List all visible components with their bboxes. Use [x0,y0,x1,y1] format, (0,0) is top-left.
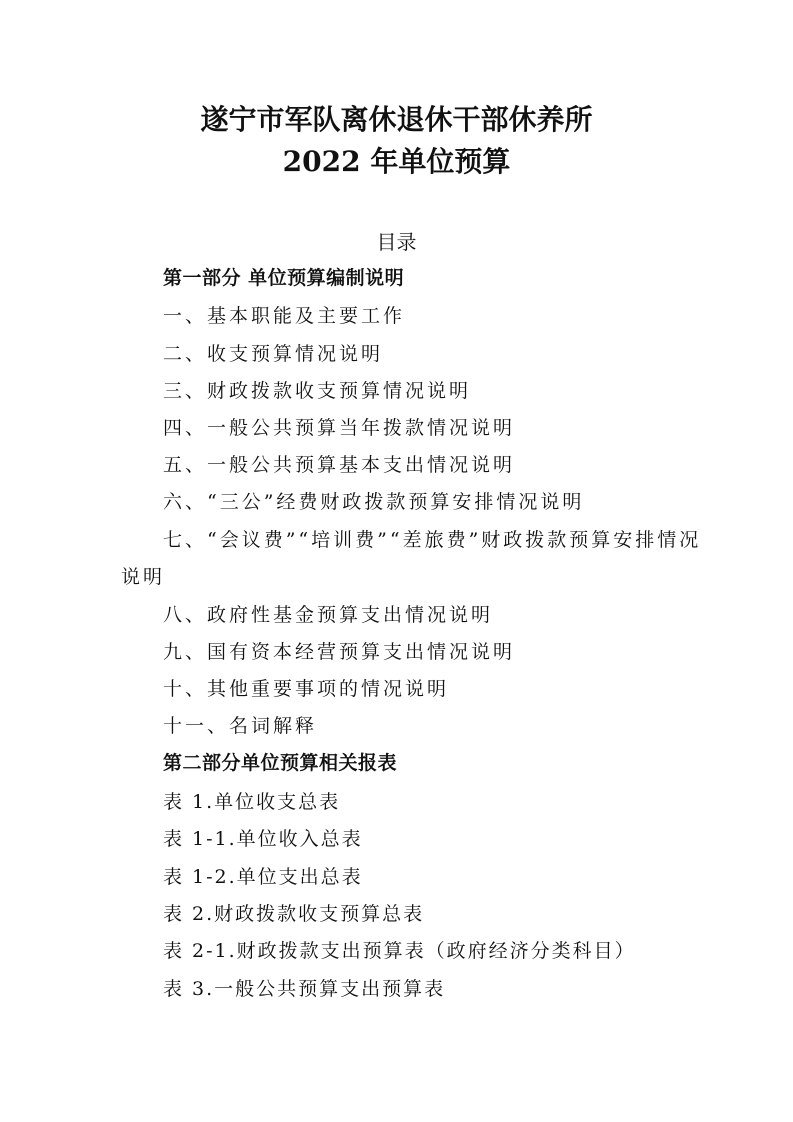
toc-item-7-continued[interactable]: 说明 [121,564,165,590]
toc-item-1[interactable]: 一、基本职能及主要工作 [163,303,405,329]
toc-table-1[interactable]: 表 1.单位收支总表 [163,789,340,815]
toc-table-2[interactable]: 表 2.财政拨款收支预算总表 [163,901,424,927]
document-title: 遂宁市军队离休退休干部休养所 [0,100,793,140]
toc-part1-heading[interactable]: 第一部分 单位预算编制说明 [163,265,404,291]
toc-heading: 目录 [0,228,793,256]
document-page: 遂宁市军队离休退休干部休养所 2022 年单位预算 目录 第一部分 单位预算编制… [0,0,793,1122]
toc-item-6[interactable]: 六、“三公”经费财政拨款预算安排情况说明 [163,489,584,515]
document-subtitle: 2022 年单位预算 [0,142,793,182]
toc-item-8[interactable]: 八、政府性基金预算支出情况说明 [163,602,493,628]
toc-item-9[interactable]: 九、国有资本经营预算支出情况说明 [163,639,515,665]
toc-table-1-2[interactable]: 表 1-2.单位支出总表 [163,864,363,890]
toc-item-11[interactable]: 十一、名词解释 [163,713,317,739]
toc-table-3[interactable]: 表 3.一般公共预算支出预算表 [163,976,445,1002]
toc-item-10[interactable]: 十、其他重要事项的情况说明 [163,676,449,702]
toc-item-2[interactable]: 二、收支预算情况说明 [163,341,383,367]
toc-item-4[interactable]: 四、一般公共预算当年拨款情况说明 [163,415,515,441]
toc-table-2-1[interactable]: 表 2-1.财政拨款支出预算表（政府经济分类科目） [163,938,636,964]
toc-item-5[interactable]: 五、一般公共预算基本支出情况说明 [163,452,515,478]
toc-item-7[interactable]: 七、“会议费”“培训费”“差旅费”财政拨款预算安排情况 [163,527,701,553]
toc-table-1-1[interactable]: 表 1-1.单位收入总表 [163,826,363,852]
toc-item-3[interactable]: 三、财政拨款收支预算情况说明 [163,378,471,404]
toc-part2-heading[interactable]: 第二部分单位预算相关报表 [163,750,397,776]
